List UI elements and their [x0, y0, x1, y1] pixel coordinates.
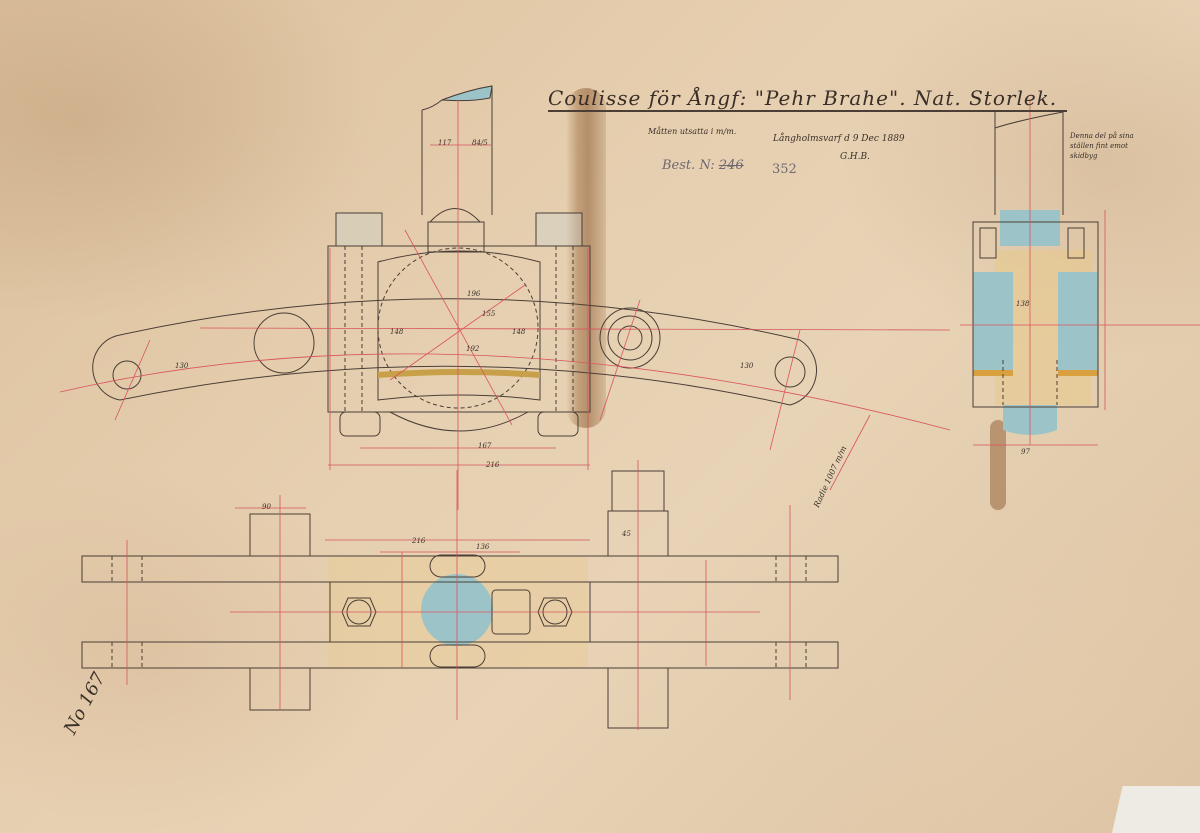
dim-label: 45	[622, 530, 631, 538]
dim-label: 84/5	[472, 139, 488, 147]
units-note: Måtten utsatta i m/m.	[648, 127, 736, 136]
dim-label: 148	[512, 328, 525, 336]
torn-corner	[1112, 786, 1200, 833]
order-prefix: Best. N:	[662, 158, 715, 173]
dim-label: 196	[467, 290, 480, 298]
order-struck-number: 246	[719, 158, 744, 173]
dim-label: 216	[412, 537, 425, 545]
dim-label: 130	[740, 362, 753, 370]
dim-label: 155	[482, 310, 495, 318]
drawing-title: Coulisse för Ångf: "Pehr Brahe". Nat. St…	[548, 86, 1067, 112]
dim-label: 138	[1016, 300, 1029, 308]
order-number: 352	[772, 162, 797, 177]
side-note: Denna del på sina ställen fint emot skid…	[1070, 131, 1140, 161]
technical-drawing	[0, 0, 1200, 833]
dim-label: 216	[486, 461, 499, 469]
place-date: Långholmsvarf d 9 Dec 1889	[773, 134, 905, 144]
dim-label: 130	[175, 362, 188, 370]
dim-label: 167	[478, 442, 491, 450]
dim-label: 192	[466, 345, 479, 353]
dim-label: 97	[1021, 448, 1030, 456]
dim-label: 117	[438, 139, 451, 147]
dim-label: 148	[390, 328, 403, 336]
dim-label: 136	[476, 543, 489, 551]
front-elevation	[93, 86, 817, 436]
order-label: Best. N: 246	[662, 158, 744, 173]
plan-view	[82, 460, 838, 730]
signature: G.H.B.	[840, 152, 870, 162]
construction-lines-front	[60, 100, 950, 510]
dim-label: 90	[262, 503, 271, 511]
